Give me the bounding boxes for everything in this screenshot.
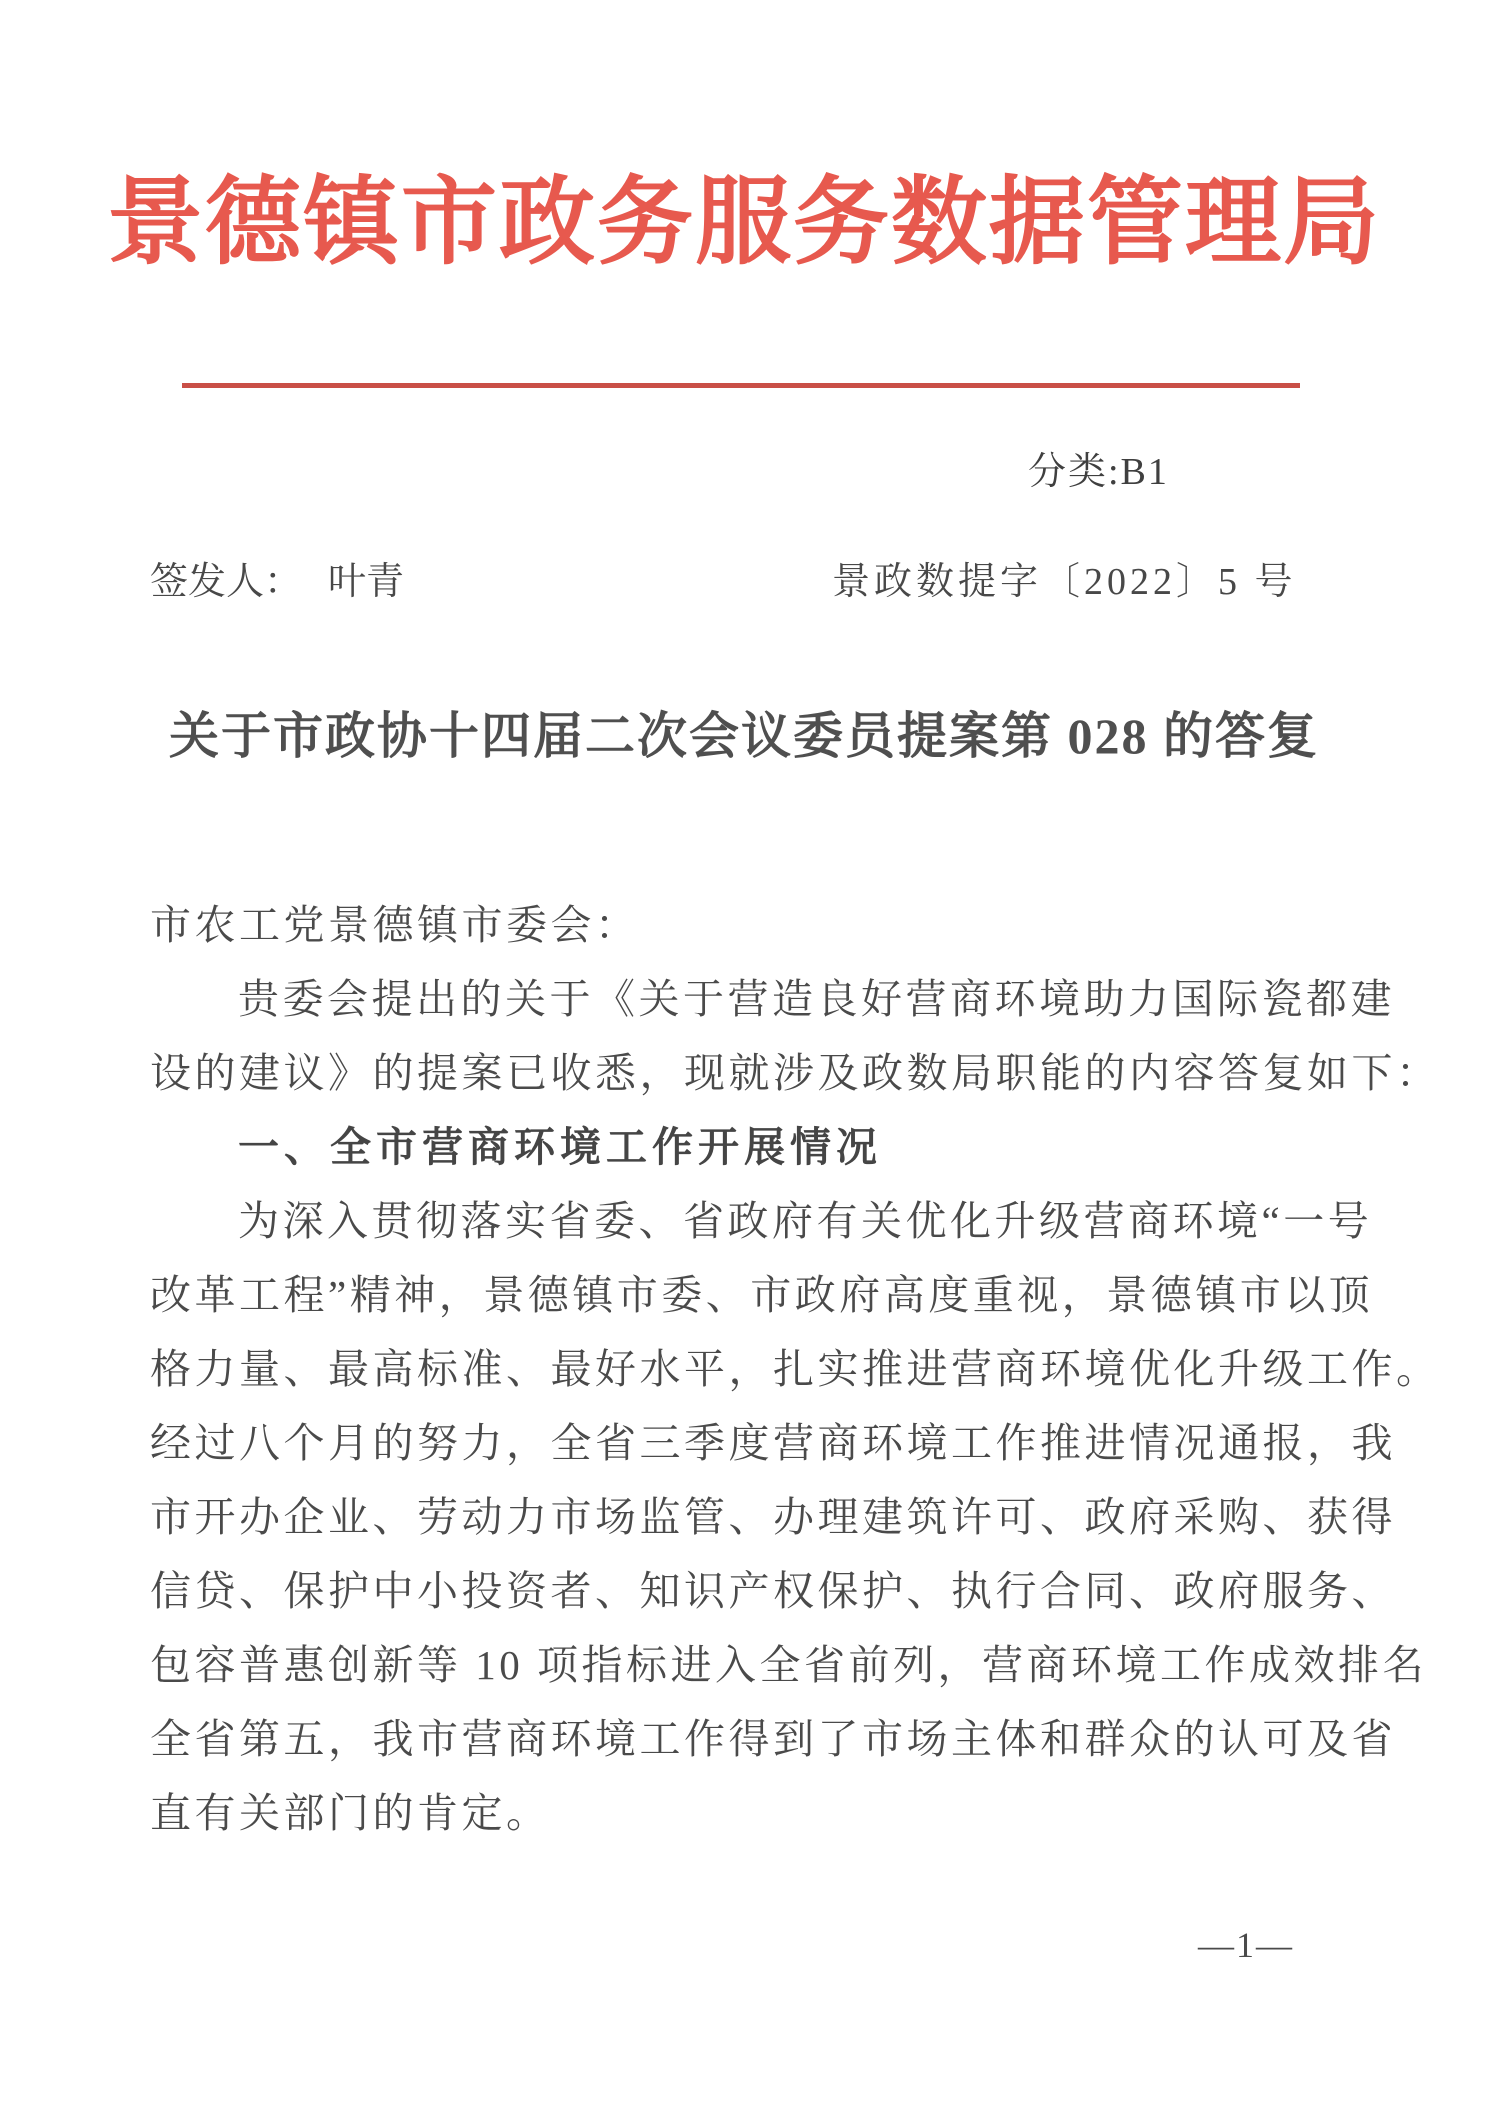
body-line: 经过八个月的努力，全省三季度营商环境工作推进情况通报，我 <box>150 1406 1350 1480</box>
body-line: 格力量、最高标准、最好水平，扎实推进营商环境优化升级工作。 <box>150 1332 1350 1406</box>
body-line: 改革工程”精神，景德镇市委、市政府高度重视，景德镇市以顶 <box>150 1258 1350 1332</box>
document-body: 市农工党景德镇市委会：贵委会提出的关于《关于营造良好营商环境助力国际瓷都建设的建… <box>150 888 1350 1850</box>
body-line: 一、全市营商环境工作开展情况 <box>150 1110 1350 1184</box>
body-line: 市开办企业、劳动力市场监管、办理建筑许可、政府采购、获得 <box>150 1480 1350 1554</box>
red-divider <box>182 383 1300 388</box>
body-line: 信贷、保护中小投资者、知识产权保护、执行合同、政府服务、 <box>150 1554 1350 1628</box>
classification-label: 分类:B1 <box>1028 440 1169 495</box>
body-line: 直有关部门的肯定。 <box>150 1776 1350 1850</box>
issuer-row: 签发人：叶青 景政数提字〔2022〕5 号 <box>150 550 1338 605</box>
document-page: 景德镇市政务服务数据管理局 分类:B1 签发人：叶青 景政数提字〔2022〕5 … <box>0 0 1488 2104</box>
page-number: —1— <box>1198 1924 1294 1966</box>
body-line: 全省第五，我市营商环境工作得到了市场主体和群众的认可及省 <box>150 1702 1350 1776</box>
body-line: 贵委会提出的关于《关于营造良好营商环境助力国际瓷都建 <box>150 962 1350 1036</box>
agency-header: 景德镇市政务服务数据管理局 <box>0 170 1488 276</box>
body-line: 为深入贯彻落实省委、省政府有关优化升级营商环境“一号 <box>150 1184 1350 1258</box>
document-title: 关于市政协十四届二次会议委员提案第 028 的答复 <box>0 696 1488 768</box>
issuer-name: 叶青 <box>328 561 404 603</box>
body-line: 市农工党景德镇市委会： <box>150 888 1350 962</box>
issuer-label: 签发人： <box>150 561 302 603</box>
body-line: 设的建议》的提案已收悉，现就涉及政数局职能的内容答复如下： <box>150 1036 1350 1110</box>
body-line: 包容普惠创新等 10 项指标进入全省前列，营商环境工作成效排名 <box>150 1628 1350 1702</box>
doc-number: 景政数提字〔2022〕5 号 <box>832 550 1297 605</box>
